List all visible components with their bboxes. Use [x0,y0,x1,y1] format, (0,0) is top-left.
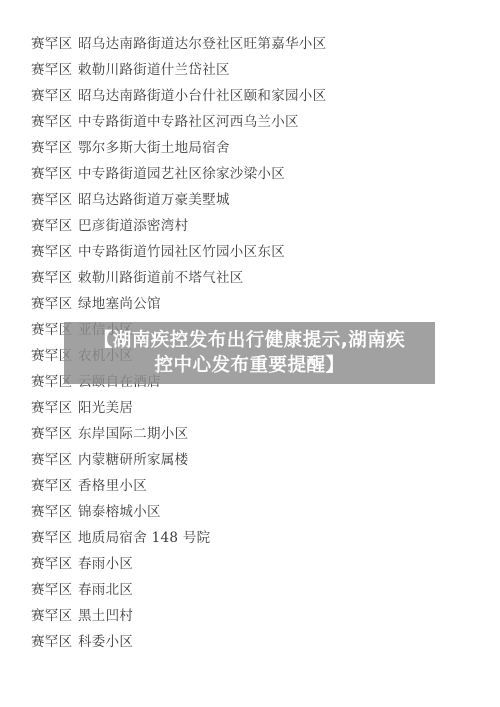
list-item: 赛罕区 黑土凹村 [31,606,133,626]
list-item: 赛罕区 巴彦街道添密湾村 [31,216,188,236]
list-item: 赛罕区 阳光美居 [31,398,133,418]
district-label: 赛罕区 [31,502,78,522]
list-item: 赛罕区 中专路街道园艺社区徐家沙梁小区 [31,164,285,184]
headline-line-2: 控中心发布重要提醒】 [154,353,344,378]
district-label: 赛罕区 [31,268,78,288]
list-item: 赛罕区 春雨北区 [31,580,133,600]
district-label: 赛罕区 [31,476,78,496]
district-label: 赛罕区 [31,190,78,210]
list-item: 赛罕区 锦泰榕城小区 [31,502,161,522]
list-item: 赛罕区 昭乌达路街道万豪美墅城 [31,190,230,210]
place-name: 敕勒川路街道前不塔气社区 [78,268,244,288]
place-name: 昭乌达南路街道达尔登社区旺第嘉华小区 [78,34,326,54]
list-item: 赛罕区 春雨小区 [31,554,133,574]
list-item: 赛罕区 敕勒川路街道什兰岱社区 [31,60,230,80]
place-name: 鄂尔多斯大街土地局宿舍 [78,138,230,158]
place-name: 中专路街道竹园社区竹园小区东区 [78,242,285,262]
place-name: 阳光美居 [78,398,133,418]
district-label: 赛罕区 [31,424,78,444]
place-name: 内蒙糖研所家属楼 [78,450,188,470]
list-item: 赛罕区 中专路街道中专路社区河西乌兰小区 [31,112,299,132]
list-item: 赛罕区 内蒙糖研所家属楼 [31,450,188,470]
place-name: 敕勒川路街道什兰岱社区 [78,60,230,80]
list-item: 赛罕区 昭乌达南路街道小台什社区颐和家园小区 [31,86,326,106]
place-name: 春雨北区 [78,580,133,600]
place-name: 香格里小区 [78,476,147,496]
place-name: 地质局宿舍 148 号院 [78,528,210,548]
list-item: 赛罕区 香格里小区 [31,476,147,496]
place-name: 东岸国际二期小区 [78,424,188,444]
district-label: 赛罕区 [31,632,78,652]
list-item: 赛罕区 敕勒川路街道前不塔气社区 [31,268,244,288]
district-label: 赛罕区 [31,138,78,158]
district-label: 赛罕区 [31,164,78,184]
place-name: 黑土凹村 [78,606,133,626]
place-name: 巴彦街道添密湾村 [78,216,188,236]
district-label: 赛罕区 [31,294,78,314]
district-label: 赛罕区 [31,86,78,106]
list-item: 赛罕区 东岸国际二期小区 [31,424,188,444]
list-item: 赛罕区 科委小区 [31,632,133,652]
district-label: 赛罕区 [31,112,78,132]
place-name: 锦泰榕城小区 [78,502,161,522]
place-name: 昭乌达路街道万豪美墅城 [78,190,230,210]
district-label: 赛罕区 [31,528,78,548]
place-name: 绿地塞尚公馆 [78,294,161,314]
place-name: 春雨小区 [78,554,133,574]
list-item: 赛罕区 地质局宿舍 148 号院 [31,528,210,548]
place-name: 中专路街道园艺社区徐家沙梁小区 [78,164,285,184]
district-label: 赛罕区 [31,60,78,80]
district-label: 赛罕区 [31,580,78,600]
district-label: 赛罕区 [31,34,78,54]
headline-line-1: 【湖南疾控发布出行健康提示,湖南疾 [94,328,406,353]
place-name: 科委小区 [78,632,133,652]
district-label: 赛罕区 [31,242,78,262]
place-name: 昭乌达南路街道小台什社区颐和家园小区 [78,86,326,106]
place-name: 中专路街道中专路社区河西乌兰小区 [78,112,299,132]
headline-overlay-banner: 【湖南疾控发布出行健康提示,湖南疾 控中心发布重要提醒】 [64,322,435,384]
district-label: 赛罕区 [31,606,78,626]
list-item: 赛罕区 绿地塞尚公馆 [31,294,161,314]
list-item: 赛罕区 昭乌达南路街道达尔登社区旺第嘉华小区 [31,34,326,54]
district-label: 赛罕区 [31,450,78,470]
list-item: 赛罕区 鄂尔多斯大街土地局宿舍 [31,138,230,158]
district-label: 赛罕区 [31,216,78,236]
district-label: 赛罕区 [31,398,78,418]
list-item: 赛罕区 中专路街道竹园社区竹园小区东区 [31,242,285,262]
district-label: 赛罕区 [31,554,78,574]
